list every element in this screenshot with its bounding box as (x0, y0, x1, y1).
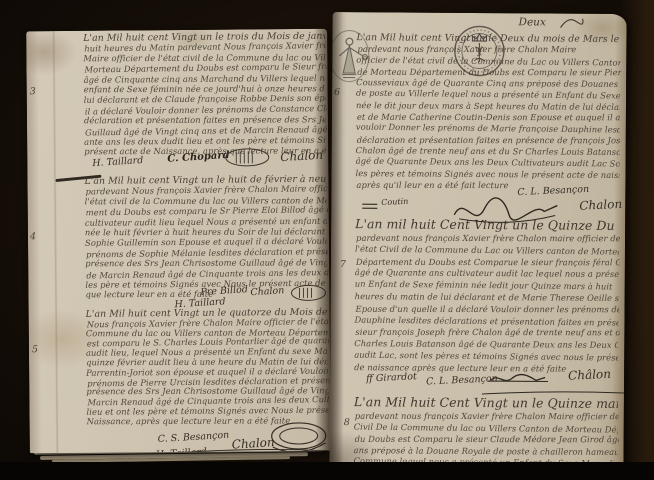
notary-paraph-oval (224, 147, 270, 167)
entry-8-text: L'an Mil huit Cent Vingt un le Quinze ma… (353, 394, 618, 470)
fold-crease (52, 31, 59, 453)
signature-besancon: C. S. Besançon (157, 430, 229, 445)
signature-chalon: Chalon (579, 197, 622, 213)
entry-number-8: 8 (344, 417, 350, 428)
binding-gutter-shadow (315, 8, 343, 474)
register-entry-8: L'an Mil huit Cent Vingt un le Quinze ma… (353, 394, 618, 470)
register-entry-4: L'an Mil huit cent Vingt un le huit de f… (84, 174, 327, 301)
ink-double-dash (361, 202, 379, 210)
register-entry-5: L'an Mil huit cent Vingt un le quatorze … (86, 307, 329, 427)
scan-bottom-edge (0, 462, 654, 480)
register-scan: 3 4 5 L'an Mil huit cent Vingt un le tro… (0, 0, 654, 480)
entry-number-5: 5 (32, 344, 38, 355)
signature-chalon: Chalon (250, 285, 285, 298)
entry-7-text: L'an mil huit Cent Vingt un le Quinze Du… (354, 216, 619, 375)
entry-4-text: L'an Mil huit cent Vingt un le huit de f… (84, 174, 327, 301)
left-page: 3 4 5 L'an Mil huit cent Vingt un le tro… (26, 29, 331, 454)
signature-coutin: Coutin (381, 197, 408, 207)
signature-chopard: C. Chopard (167, 150, 230, 165)
signature-chalon: Châlon (568, 367, 611, 383)
page-number-flourish (558, 14, 586, 34)
entry-3-text: L'an Mil huit cent Vingt un le trois du … (83, 31, 326, 158)
page-number: Deux (519, 16, 546, 28)
register-entry-3: L'an Mil huit cent Vingt un le trois du … (83, 31, 326, 158)
entry-number-3: 3 (30, 86, 36, 97)
register-entry-7: L'an mil huit Cent Vingt un le Quinze Du… (354, 216, 619, 375)
entry-5-text: L'an Mil huit cent Vingt un le quatorze … (86, 307, 329, 427)
signature-taillard: H. Taillard (92, 155, 144, 169)
entry-number-4: 4 (30, 231, 36, 242)
right-page: Deux 6 7 8 L'an Mil huit cent Vingt un l… (329, 12, 626, 480)
crowned-royal-cipher-stamp-icon (451, 22, 507, 80)
struck-paraph-scribble (488, 371, 548, 387)
signature-girardot: ff Girardot (366, 371, 417, 384)
